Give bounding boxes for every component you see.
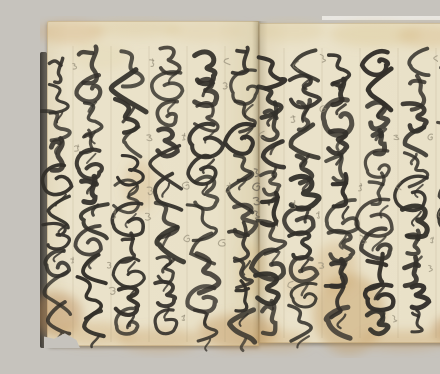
manuscript-page-left — [47, 21, 259, 346]
manuscript-page-right — [259, 23, 440, 343]
book-spine-edge-shadow — [40, 52, 47, 348]
manuscript-scan — [40, 16, 440, 358]
center-gutter-shadow — [252, 21, 268, 343]
scanner-background-sliver — [322, 16, 440, 20]
